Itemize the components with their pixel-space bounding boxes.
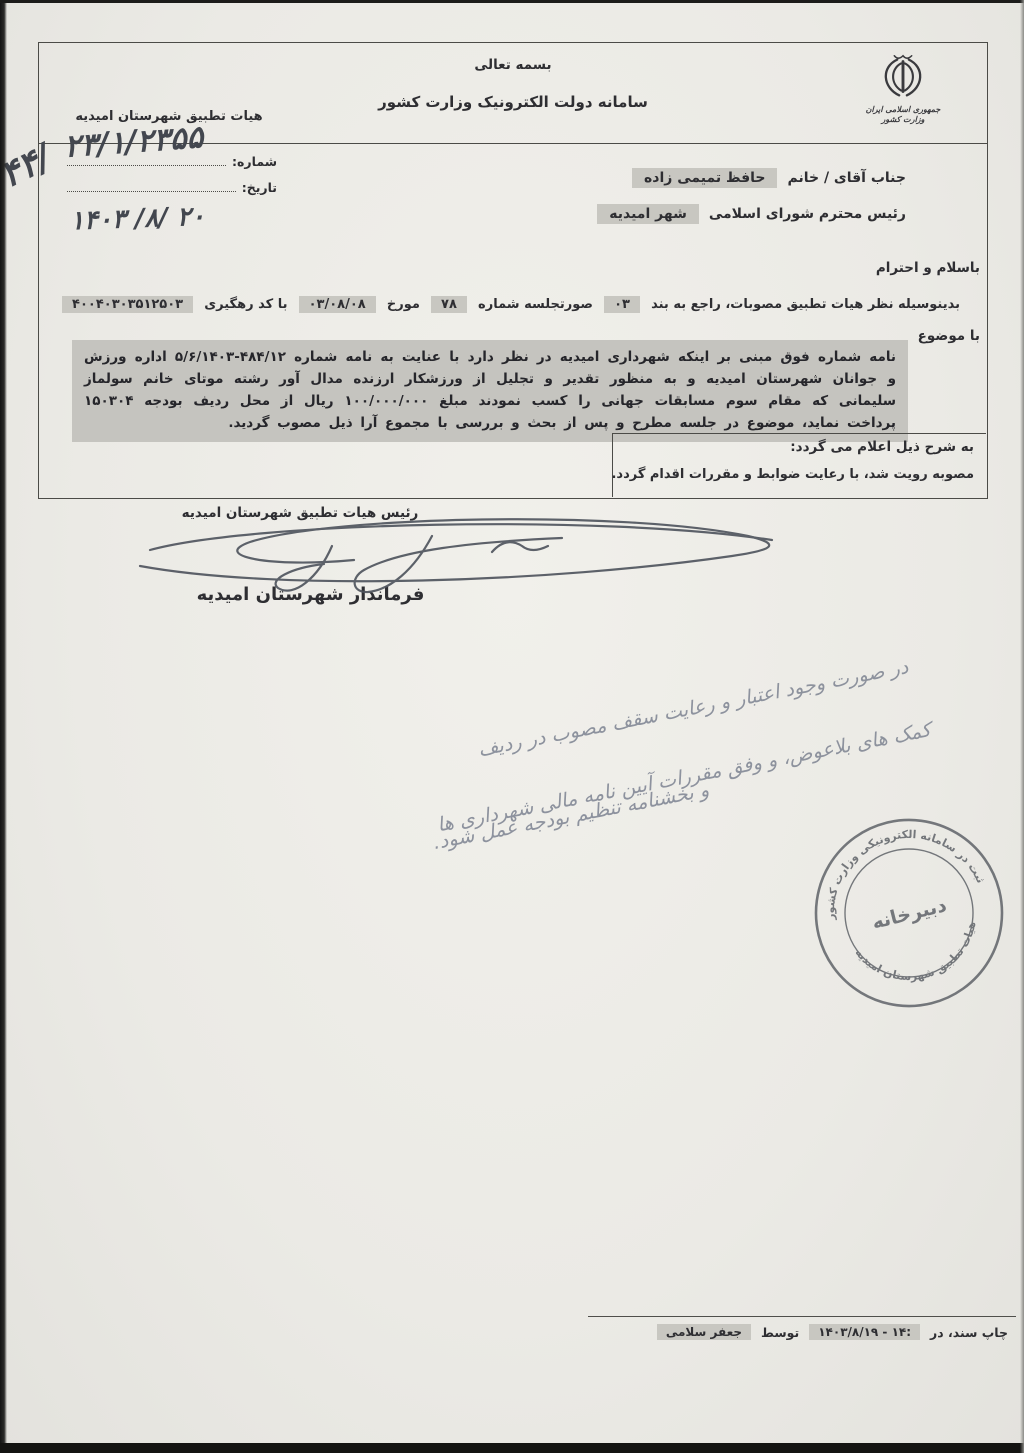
- dated-label: مورخ: [387, 297, 420, 312]
- scan-edge-top: [0, 0, 1024, 3]
- handwritten-date: ۱۴۰۳ /۸/ ۲۰: [70, 202, 206, 237]
- announce-text: به شرح ذیل اعلام می گردد:: [790, 439, 974, 455]
- reference-intro: بدینوسیله نظر هیات تطبیق مصوبات، راجع به…: [651, 297, 960, 312]
- subject-label: با موضوع: [918, 328, 980, 344]
- tracking-label: با کد رهگیری: [204, 297, 287, 312]
- date-label: تاریخ:: [242, 180, 277, 195]
- ministry-emblem-block: جمهوری اسلامی ایران وزارت کشور: [845, 49, 961, 125]
- minutes-label: صورتجلسه شماره: [478, 297, 593, 312]
- tracking-code-highlight: ۴۰۰۴۰۳۰۳۵۱۲۵۰۳: [62, 296, 193, 313]
- recipient-block: جناب آقای / خانم حافظ تمیمی زاده رئیس مح…: [597, 168, 906, 240]
- printed-by-label: توسط: [761, 1325, 799, 1340]
- stamp-center-text: دبیرخانه: [870, 894, 949, 934]
- date-field-row: تاریخ:: [65, 179, 277, 195]
- salutation-label: جناب آقای / خانم: [787, 170, 906, 186]
- minutes-number-highlight: ۷۸: [431, 296, 467, 313]
- resolution-text: مصوبه رویت شد، با رعایت ضوابط و مقررات ا…: [611, 467, 974, 482]
- recipient-name-highlight: حافظ تمیمی زاده: [632, 168, 777, 188]
- scan-edge-left: [0, 0, 7, 1453]
- footer-separator-line: [588, 1316, 1016, 1317]
- number-label: شماره:: [232, 154, 277, 169]
- subject-text-highlight: نامه شماره فوق مبنی بر اینکه شهرداری امی…: [72, 340, 908, 442]
- scan-edge-right: [1020, 0, 1024, 1453]
- printed-label: چاپ سند، در: [930, 1325, 1008, 1340]
- clause-number-highlight: ۰۳: [604, 296, 640, 313]
- printed-by-highlight: جعفر سلامی: [657, 1324, 751, 1340]
- emblem-caption-country: جمهوری اسلامی ایران: [845, 105, 961, 115]
- date-dotted-line: [67, 179, 236, 192]
- print-info-row: چاپ سند، در ۱۴۰۳/۸/۱۹ - ۱۴: توسط جعفر سل…: [657, 1324, 1008, 1340]
- signature-scribble: [132, 508, 790, 603]
- scan-edge-bottom: [0, 1443, 1024, 1453]
- scanned-letter-page: بسمه تعالی سامانه دولت الکترونیک وزارت ک…: [0, 0, 1024, 1453]
- secretariat-stamp: ثبت در سامانه الکترونیکی وزارت کشور هیات…: [787, 791, 1024, 1036]
- recipient-title-line: رئیس محترم شورای اسلامی شهر امیدیه: [597, 204, 906, 224]
- reference-line: بدینوسیله نظر هیات تطبیق مصوبات، راجع به…: [62, 296, 960, 313]
- minutes-date-highlight: ۰۳/۰۸/۰۸: [299, 296, 376, 313]
- greeting-text: باسلام و احترام: [876, 260, 980, 276]
- recipient-title-label: رئیس محترم شورای اسلامی: [709, 206, 906, 222]
- recipient-name-line: جناب آقای / خانم حافظ تمیمی زاده: [597, 168, 906, 188]
- emblem-caption-ministry: وزارت کشور: [845, 115, 961, 125]
- iran-emblem-icon: [874, 49, 932, 105]
- print-datetime-highlight: ۱۴۰۳/۸/۱۹ - ۱۴:: [809, 1324, 920, 1340]
- recipient-city-highlight: شهر امیدیه: [597, 204, 699, 224]
